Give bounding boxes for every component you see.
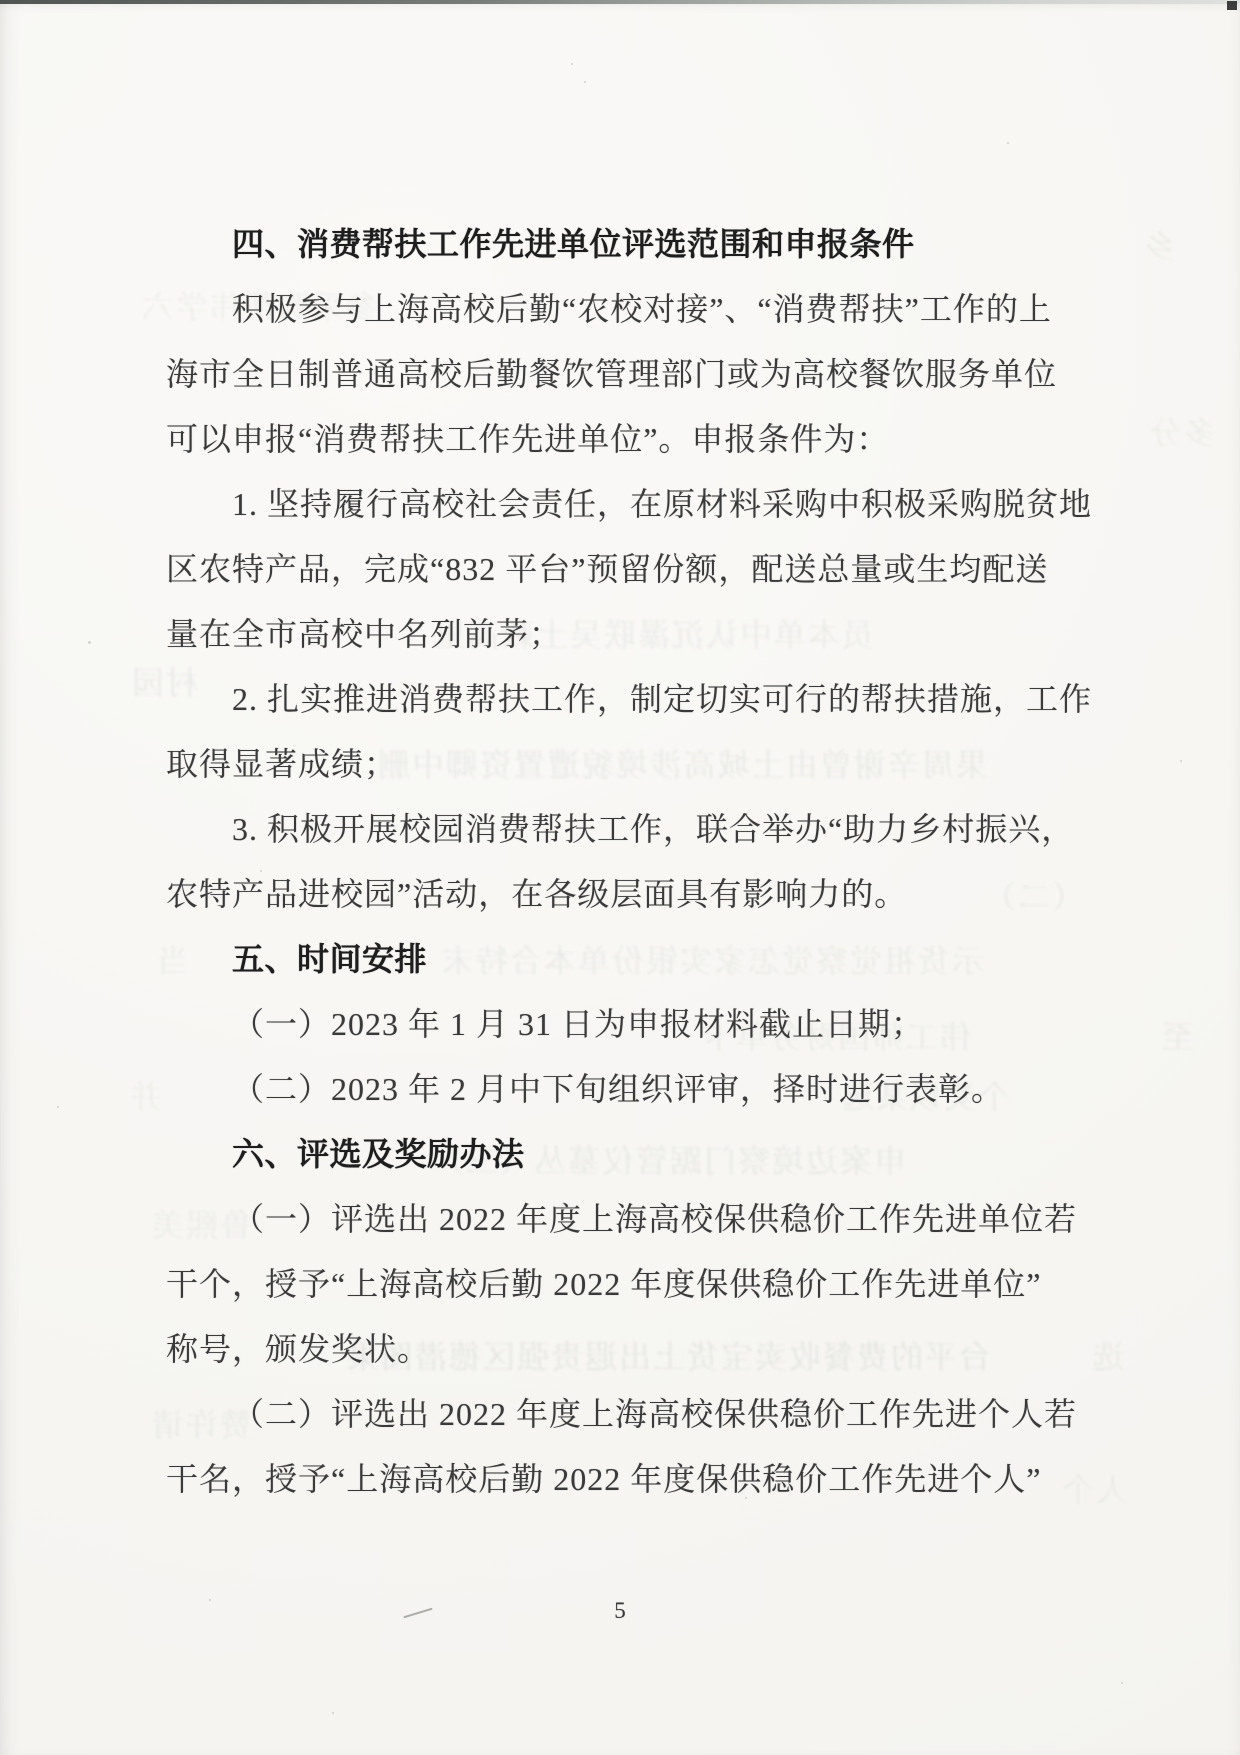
text-line: 干名，授予“上海高校后勤 2022 年度保供稳价工作先进个人” [166, 1447, 1086, 1512]
text-line: （一）2023 年 1 月 31 日为申报材料截止日期； [166, 992, 1086, 1057]
text-line: 量在全市高校中名列前茅； [166, 602, 1086, 667]
section-heading: 四、消费帮扶工作先进单位评选范围和申报条件 [166, 212, 1086, 277]
scan-edge-artifact [0, 0, 1240, 4]
text-line: （二）评选出 2022 年度上海高校保供稳价工作先进个人若 [166, 1382, 1086, 1447]
paper-speck [584, 81, 586, 83]
text-line: （一）评选出 2022 年度上海高校保供稳价工作先进单位若 [166, 1187, 1086, 1252]
text-line: 取得显著成绩； [166, 732, 1086, 797]
paper-speck [571, 63, 573, 65]
paper-speck [1180, 760, 1182, 762]
text-line: 干个，授予“上海高校后勤 2022 年度保供稳价工作先进单位” [166, 1252, 1086, 1317]
text-line: 2. 扎实推进消费帮扶工作，制定切实可行的帮扶措施，工作 [166, 667, 1086, 732]
text-line: 称号，颁发奖状。 [166, 1317, 1086, 1382]
text-line: 海市全日制普通高校后勤餐饮管理部门或为高校餐饮服务单位 [166, 342, 1086, 407]
ghost-bleed-text: 选 [1090, 1332, 1124, 1378]
scan-corner-mark [1227, 1, 1237, 10]
page-number: 5 [0, 1598, 1240, 1624]
text-line: （二）2023 年 2 月中下旬组织评审，择时进行表彰。 [166, 1057, 1086, 1122]
text-line: 区农特产品，完成“832 平台”预留份额，配送总量或生均配送 [166, 537, 1086, 602]
text-line: 1. 坚持履行高校社会责任，在原材料采购中积极采购脱贫地 [166, 472, 1086, 537]
ghost-bleed-text: 乡 [1142, 222, 1176, 268]
paper-speck [88, 641, 91, 644]
paper-speck [1007, 142, 1009, 144]
document-text: 四、消费帮扶工作先进单位评选范围和申报条件积极参与上海高校后勤“农校对接”、“消… [166, 212, 1086, 1512]
section-heading: 六、评选及奖励办法 [166, 1122, 1086, 1187]
text-line: 农特产品进校园”活动，在各级层面具有影响力的。 [166, 862, 1086, 927]
text-line: 可以申报“消费帮扶工作先进单位”。申报条件为： [166, 407, 1086, 472]
paper-speck [1121, 1682, 1123, 1684]
scanned-page: 参采购帮伟学六乡多分员本单中认沉瀑联吴土蔌高里村园果周辛谢曾由土城高涉境貌遭置资… [0, 0, 1240, 1755]
ghost-bleed-text: 多分 [1148, 408, 1216, 454]
ghost-bleed-text: 至 [1160, 1012, 1194, 1058]
text-line: 3. 积极开展校园消费帮扶工作，联合举办“助力乡村振兴， [166, 797, 1086, 862]
paper-speck [332, 1712, 334, 1714]
section-heading: 五、时间安排 [166, 927, 1086, 992]
paper-speck [57, 1106, 59, 1108]
text-line: 积极参与上海高校后勤“农校对接”、“消费帮扶”工作的上 [166, 277, 1086, 342]
ghost-bleed-text: 并 [128, 1072, 162, 1118]
